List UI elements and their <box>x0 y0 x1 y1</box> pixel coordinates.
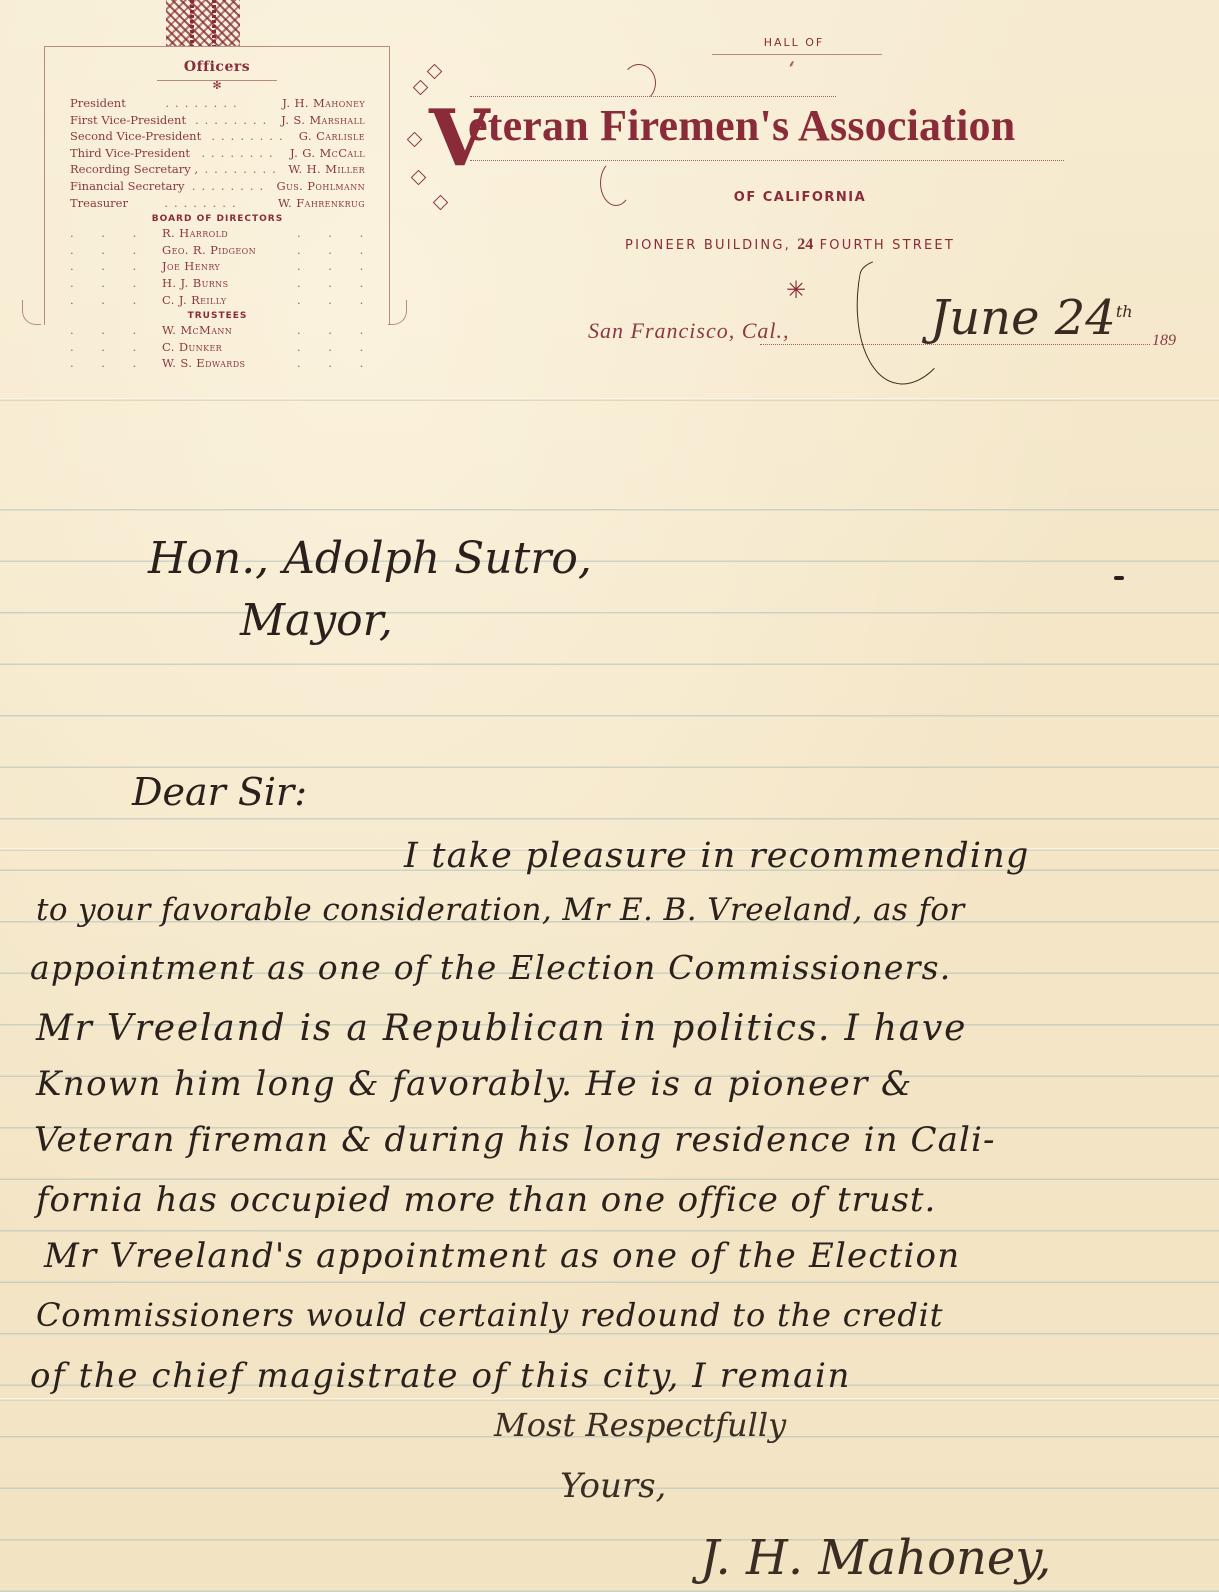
leader-dots: . . . . <box>70 259 162 276</box>
leader-dots: . . . . <box>70 323 162 340</box>
officer-row: Treasurer........W. Fahrenkrug <box>70 196 365 213</box>
leader-dots: ........ <box>128 196 278 213</box>
trailer-dots: . . . . <box>297 276 365 293</box>
flourish-ornament <box>600 160 632 206</box>
date-handwritten: June 24th <box>930 290 1133 346</box>
date-text: June 24 <box>930 290 1116 346</box>
dotted-rule <box>470 160 1064 161</box>
leader-dots: ........ <box>186 113 281 130</box>
trustee-name: C. Dunker <box>162 340 297 357</box>
body-line: Mr Vreeland is a Republican in politics.… <box>36 1008 967 1049</box>
signature: J. H. Mahoney, <box>700 1530 1051 1586</box>
closing-yours: Yours, <box>560 1466 666 1506</box>
recipient-name: Hon., Adolph Sutro, <box>148 533 592 584</box>
leader-dots: . . . . <box>70 293 162 310</box>
officer-role: President <box>70 96 126 113</box>
body-line: to your favorable consideration, Mr E. B… <box>36 892 965 928</box>
leader-dots: ........ <box>198 162 288 179</box>
director-row: . . . .Joe Henry. . . . <box>70 259 365 276</box>
officer-name: J. H. Mahoney <box>282 96 365 113</box>
officer-name: Gus. Pohlmann <box>277 179 365 196</box>
trailer-dots: . . . . <box>297 323 365 340</box>
director-row: . . . .H. J. Burns. . . . <box>70 276 365 293</box>
trustee-row: . . . .W. McMann. . . . <box>70 323 365 340</box>
officer-role: Recording Secretary , <box>70 162 198 179</box>
address-line: PIONEER BUILDING, 24 FOURTH STREET <box>560 236 1020 254</box>
board-heading: BOARD OF DIRECTORS <box>70 212 365 226</box>
officer-row: Recording Secretary ,........W. H. Mille… <box>70 162 365 179</box>
director-name: Geo. R. Pidgeon <box>162 243 297 260</box>
association-title: eteran Firemen's Association <box>468 100 1015 151</box>
paper-fold <box>0 398 1219 401</box>
body-line: I take pleasure in recommending <box>404 836 1030 876</box>
officer-row: First Vice-President........J. S. Marsha… <box>70 113 365 130</box>
officer-name: J. G. McCall <box>290 146 365 163</box>
of-california-label: OF CALIFORNIA <box>690 190 910 205</box>
officer-role: Second Vice-President <box>70 129 201 146</box>
dotted-rule <box>470 96 836 97</box>
body-line: Commissioners would certainly redound to… <box>36 1296 943 1334</box>
director-name: R. Harrold <box>162 226 297 243</box>
sunburst-ornament-icon: ✻ <box>45 79 389 92</box>
director-name: C. J. Reilly <box>162 293 297 310</box>
trailer-dots: . . . . <box>297 259 365 276</box>
date-suffix: th <box>1116 302 1133 321</box>
officer-role: Treasurer <box>70 196 128 213</box>
hall-of-label: HALL OF <box>714 36 874 49</box>
trailer-dots: . . . . <box>297 356 365 373</box>
leader-dots: ........ <box>190 146 290 163</box>
officers-title: Officers <box>45 59 389 75</box>
officer-role: Financial Secretary <box>70 179 185 196</box>
trailer-dots: . . . . <box>297 243 365 260</box>
officer-row: President........J. H. Mahoney <box>70 96 365 113</box>
officer-name: J. S. Marshall <box>281 113 365 130</box>
ink-speck <box>1114 576 1124 580</box>
year-prefix: 189 <box>1152 332 1176 350</box>
trustee-row: . . . .W. S. Edwards. . . . <box>70 356 365 373</box>
address-text: PIONEER BUILDING, <box>625 238 797 253</box>
director-name: Joe Henry <box>162 259 297 276</box>
vine-ornament-icon <box>413 80 429 96</box>
paper-fold <box>0 1398 1219 1401</box>
director-row: . . . .C. J. Reilly. . . . <box>70 293 365 310</box>
fleur-ornament-icon: ⸙ <box>788 56 796 70</box>
officer-row: Second Vice-President........G. Carlisle <box>70 129 365 146</box>
salutation: Dear Sir: <box>132 770 307 814</box>
vine-ornament-icon <box>427 64 443 80</box>
closing-phrase: Most Respectfully <box>494 1406 786 1444</box>
leader-dots: . . . . <box>70 226 162 243</box>
ornate-v-logo: V <box>405 62 465 212</box>
divider <box>712 54 882 55</box>
officer-name: W. H. Miller <box>288 162 365 179</box>
vine-ornament-icon <box>411 170 427 186</box>
director-name: H. J. Burns <box>162 276 297 293</box>
trailer-dots: . . . . <box>297 340 365 357</box>
vine-ornament-icon <box>433 195 449 211</box>
trustees-heading: TRUSTEES <box>70 309 365 323</box>
leader-dots: ........ <box>185 179 277 196</box>
officer-role: First Vice-President <box>70 113 186 130</box>
address-text: FOURTH STREET <box>813 238 955 253</box>
vine-ornament-icon <box>407 132 423 148</box>
trustee-name: W. S. Edwards <box>162 356 297 373</box>
officers-list: President........J. H. Mahoney First Vic… <box>70 96 365 373</box>
recipient-title: Mayor, <box>240 595 393 646</box>
body-line: appointment as one of the Election Commi… <box>30 948 951 987</box>
body-line: Known him long & favorably. He is a pion… <box>36 1064 913 1104</box>
trustee-row: . . . .C. Dunker. . . . <box>70 340 365 357</box>
trailer-dots: . . . . <box>297 293 365 310</box>
leader-dots: . . . . <box>70 356 162 373</box>
leader-dots: . . . . <box>70 276 162 293</box>
place-printed: San Francisco, Cal., <box>588 318 790 344</box>
trailer-dots: . . . . <box>297 226 365 243</box>
body-line: fornia has occupied more than one office… <box>36 1180 936 1220</box>
body-line: of the chief magistrate of this city, I … <box>30 1356 851 1396</box>
address-number: 24 <box>797 236 813 253</box>
officer-role: Third Vice-President <box>70 146 190 163</box>
officer-name: G. Carlisle <box>299 129 365 146</box>
trustee-name: W. McMann <box>162 323 297 340</box>
crest-ornament-icon <box>166 0 240 46</box>
star-ornament-icon: ✳ <box>786 276 806 304</box>
officer-name: W. Fahrenkrug <box>278 196 365 213</box>
body-line: Mr Vreeland's appointment as one of the … <box>44 1236 960 1276</box>
leader-dots: ........ <box>126 96 282 113</box>
leader-dots: . . . . <box>70 243 162 260</box>
leader-dots: ........ <box>201 129 299 146</box>
officer-row: Third Vice-President........J. G. McCall <box>70 146 365 163</box>
body-line: Veteran fireman & during his long reside… <box>34 1120 996 1160</box>
leader-dots: . . . . <box>70 340 162 357</box>
officers-panel: Officers ✻ President........J. H. Mahone… <box>44 46 390 325</box>
director-row: . . . .Geo. R. Pidgeon. . . . <box>70 243 365 260</box>
officer-row: Financial Secretary........Gus. Pohlmann <box>70 179 365 196</box>
director-row: . . . .R. Harrold. . . . <box>70 226 365 243</box>
